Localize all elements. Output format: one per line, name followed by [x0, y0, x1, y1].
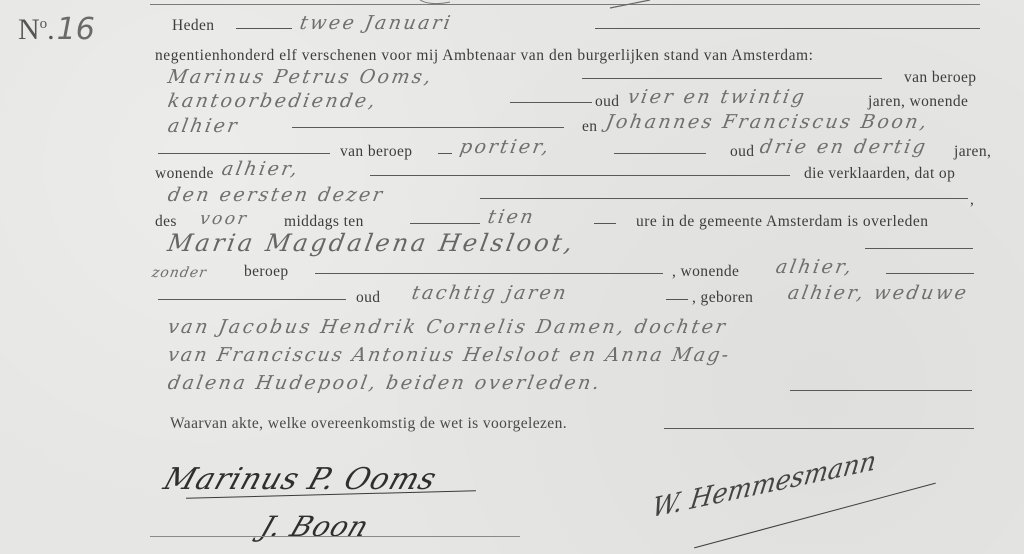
handwritten-date: den eersten dezer [166, 184, 386, 206]
printed-text: oud [730, 142, 754, 162]
printed-text: beroep [244, 262, 289, 282]
handwritten-birthplace-status: alhier, weduwe [786, 282, 970, 304]
handwritten-name: Johannes Franciscus Boon, [604, 111, 931, 133]
handwritten-text: dalena Hudepool, beiden overleden. [166, 372, 603, 394]
printed-text: ure in de gemeente Amsterdam is overlede… [636, 212, 929, 232]
civil-record-page: No.16 Heden twee Januari negentienhonder… [0, 0, 1024, 554]
printed-text: Waarvan akte, welke overeenkomstig de we… [170, 414, 567, 434]
fill-rule [510, 102, 592, 103]
fill-rule [158, 153, 330, 154]
fill-rule [664, 428, 974, 429]
fill-dash [236, 28, 292, 29]
signature-declarant-2: J. Boon [256, 510, 374, 543]
top-handwriting-fragment [150, 0, 1020, 10]
printed-text: van beroep [904, 68, 976, 88]
handwritten-hour: tien [486, 206, 537, 228]
printed-text: jaren, [954, 142, 991, 162]
fill-rule [410, 223, 480, 224]
handwritten-date: twee Januari [298, 12, 454, 34]
handwritten-text: van Franciscus Antonius Helsloot en Anna… [166, 344, 732, 366]
printed-text: , geboren [692, 288, 753, 308]
handwritten-deceased-name: Maria Magdalena Helsloot, [166, 232, 577, 254]
line-10: Maria Magdalena Helsloot, [0, 232, 1024, 258]
fill-rule [480, 198, 968, 199]
fill-dash [666, 299, 688, 300]
printed-text: oud [356, 288, 380, 308]
line-3: Marinus Petrus Ooms, van beroep [0, 64, 1024, 90]
printed-text: die verklaarden, dat op [804, 164, 955, 184]
fill-dash [594, 223, 616, 224]
handwritten-name: Marinus Petrus Ooms, [166, 66, 435, 88]
fill-rule [790, 390, 972, 391]
line-1: Heden twee Januari [0, 12, 1024, 38]
line-12: oud tachtig jaren , geboren alhier, wedu… [0, 286, 1024, 312]
handwritten-residence: alhier, [774, 256, 855, 278]
handwritten-occupation: zonder [150, 262, 209, 284]
handwritten-residence: alhier, [220, 158, 301, 180]
line-15: dalena Hudepool, beiden overleden. [0, 372, 1024, 398]
printed-text: en [582, 117, 597, 137]
line-7: wonende alhier, die verklaarden, dat op [0, 162, 1024, 188]
printed-text: , [970, 190, 974, 210]
fill-rule [582, 78, 882, 79]
printed-text: jaren, wonende [868, 92, 968, 112]
fill-rule [158, 299, 346, 300]
fill-rule [865, 248, 973, 249]
fill-rule [370, 175, 790, 176]
fill-rule [595, 28, 980, 29]
printed-text: van beroep [340, 142, 412, 162]
printed-text: negentienhonderd elf verschenen voor mij… [155, 46, 814, 66]
printed-text: wonende [155, 164, 214, 184]
handwritten-text: van Jacobus Hendrik Cornelis Damen, doch… [166, 316, 729, 338]
handwritten-residence: alhier [166, 115, 241, 137]
handwritten-occupation: portier, [458, 136, 553, 158]
fill-rule [614, 153, 706, 154]
printed-text: Heden [172, 16, 214, 36]
handwritten-time-period: voor [198, 208, 250, 230]
signature-underline [150, 536, 520, 537]
fill-dash [438, 153, 452, 154]
handwritten-age: vier en twintig [626, 86, 808, 108]
line-16: Waarvan akte, welke overeenkomstig de we… [0, 412, 1024, 438]
printed-text: , wonende [672, 262, 739, 282]
line-14: van Franciscus Antonius Helsloot en Anna… [0, 344, 1024, 370]
handwritten-age: tachtig jaren [410, 282, 570, 304]
handwritten-occupation: kantoorbediende, [166, 90, 379, 112]
fill-rule [292, 127, 564, 128]
line-13: van Jacobus Hendrik Cornelis Damen, doch… [0, 316, 1024, 342]
handwritten-age: drie en dertig [758, 136, 929, 158]
printed-text: oud [595, 92, 619, 112]
fill-rule [886, 273, 974, 274]
fill-rule [315, 273, 663, 274]
signature-official: W. Hemmesmann [650, 445, 878, 524]
